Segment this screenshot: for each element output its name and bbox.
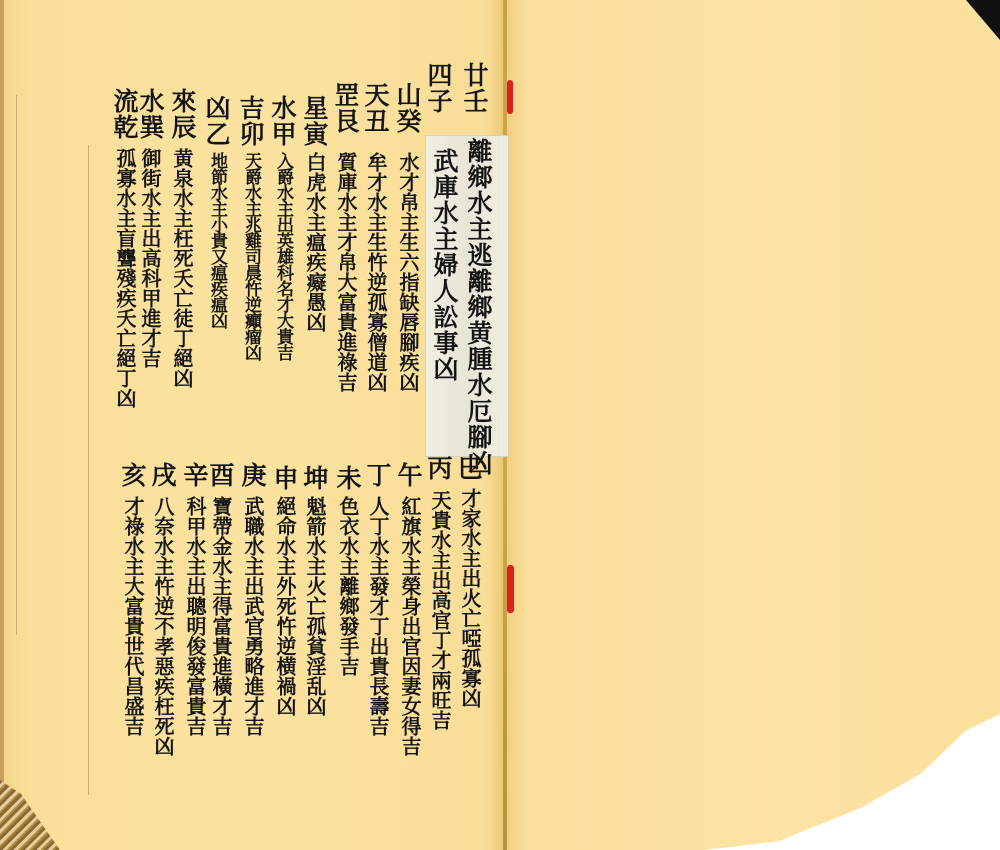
lower-column-head: 午 [396,462,421,488]
upper-column-text: 入爵水主出英雄科名才大貴吉 [274,152,291,360]
lower-column-text: 寶帶金水主得富貴進橫才吉 [211,496,231,736]
lower-column-text: 色衣水主離鄉發手吉 [338,496,358,676]
lower-column-text: 魁箭水主火亡孤貧淫乱凶 [305,496,325,716]
right-page-blank [506,0,1000,850]
ruled-line [16,95,17,635]
lower-column-text: 人丁水主發才丁出貴長壽吉 [368,496,388,736]
lower-column-head: 庚 [240,462,265,488]
red-seal-mark-bottom [507,565,514,613]
lower-column-head: 申 [272,465,297,491]
lower-column-head: 未 [335,465,360,491]
lower-column-text: 紅旗水主榮身出官因妻女得吉 [400,496,420,756]
manuscript-scan: 廿壬 離鄉水主逃離鄉黄腫水厄腳凶 四子 武庫水主婦人訟事凶 山癸 水才帛主生六指… [0,0,1000,850]
red-seal-mark-top [507,80,513,114]
upper-column-text: 御街水主出高科甲進才吉 [140,148,160,368]
upper-column-head: 天丑 [363,82,388,134]
upper-column-text: 牟才水主生忤逆孤寡僧道凶 [366,152,386,392]
lower-column-text: 武職水主出武官勇略進才吉 [243,496,263,736]
upper-column-text: 地節水主小貴又瘟疾瘟凶 [208,152,225,328]
lower-column-head: 戌 [150,462,175,488]
upper-column-text: 白虎水主瘟疾癡愚凶 [305,152,325,332]
upper-column-head: 凶乙 [204,95,229,147]
upper-column-text: 孤寡水主盲聾殘疾夭亡絕丁凶 [115,148,135,408]
upper-column-head: 罡艮 [333,82,358,134]
lower-column-text: 絕命水主外死忤逆横禍凶 [275,496,295,716]
upper-column-text: 武庫水主婦人訟事凶 [432,148,457,382]
upper-column-head: 星寅 [302,95,327,147]
left-edge-stain [0,0,4,850]
upper-column-head: 水巽 [138,88,163,140]
lower-column-text: 天貴水主出高官丁才兩旺吉 [430,490,450,730]
lower-column-text: 科甲水主出聰明俊發富貴吉 [185,496,205,736]
lower-column-head: 酉 [208,462,233,488]
lower-column-head: 丙 [426,455,451,481]
upper-column-head: 水甲 [270,95,295,147]
lower-column-text: 八奈水主忤逆不孝惡疾枉死凶 [153,496,173,756]
lower-column-head: 亥 [120,462,145,488]
lower-column-head: 丁 [365,462,390,488]
upper-column-text: 水才帛主生六指缺唇腳疾凶 [398,152,418,392]
upper-column-text: 天爵水主兆雞司晨忤逆癲瘤凶 [242,152,259,360]
upper-column-head: 廿壬 [462,62,487,114]
lower-column-head: 坤 [302,465,327,491]
lower-column-text: 才祿水主大富貴世代昌盛吉 [123,496,143,736]
upper-column-head: 山癸 [395,82,420,134]
lower-column-head: 辛 [182,462,207,488]
upper-column-head: 四子 [426,62,451,114]
upper-column-text: 離鄉水主逃離鄉黄腫水厄腳凶 [466,138,491,476]
upper-column-head: 來辰 [170,88,195,140]
lower-column-text: 才家水主出火亡啞孤寡凶 [460,488,480,708]
upper-column-text: 黄泉水主枉死夭亡徒丁絕凶 [172,148,192,388]
lower-column-head: 巳 [456,455,481,481]
ruled-line [88,145,89,795]
upper-column-text: 質庫水主才帛大富貴進祿吉 [336,152,356,392]
upper-column-head: 流乾 [112,88,137,140]
upper-column-head: 吉卯 [238,95,263,147]
